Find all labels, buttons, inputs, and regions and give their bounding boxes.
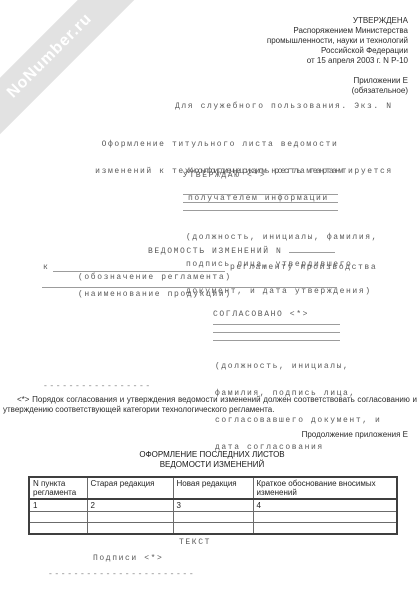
approval-stamp-line: Российской Федерации xyxy=(267,46,408,56)
approval-stamp-line: УТВЕРЖДЕНА xyxy=(267,16,408,26)
table-header-cell: Краткое обоснование вносимых изменений xyxy=(253,477,397,499)
approve-signature-line-2 xyxy=(183,202,338,203)
product-caption: (наименование продукции) xyxy=(78,290,232,299)
table-cell xyxy=(253,512,397,523)
section-title: ОФОРМЛЕНИЕ ПОСЛЕДНИХ ЛИСТОВ ВЕДОМОСТИ ИЗ… xyxy=(28,450,396,470)
table-cell xyxy=(87,512,173,523)
designation-caption: (обозначение регламента) xyxy=(78,273,232,282)
approval-stamp-line: от 15 апреля 2003 г. N Р-10 xyxy=(267,56,408,66)
footnote-separator: ----------------- xyxy=(43,382,152,391)
approve-caption-line1: (должность, инициалы, фамилия, xyxy=(186,233,378,242)
changes-table: N пункта регламента Старая редакция Нова… xyxy=(28,476,398,535)
appendix-label: Приложении Е xyxy=(267,76,408,86)
table-cell xyxy=(173,512,253,523)
product-name-blank xyxy=(42,287,337,288)
table-row xyxy=(29,512,397,523)
agreed-heading: СОГЛАСОВАНО <*> xyxy=(213,310,309,319)
table-header-cell: N пункта регламента xyxy=(29,477,87,499)
regulation-designation-blank xyxy=(53,271,225,272)
approve-heading: УТВЕРЖДАЮ <*> xyxy=(183,171,266,180)
table-cell: 3 xyxy=(173,499,253,512)
approve-signature-line-3 xyxy=(183,210,338,211)
table-header-cell: Старая редакция xyxy=(87,477,173,499)
agreed-caption-line3: согласовавшего документ, и xyxy=(215,416,381,425)
approval-stamp-line: Распоряжением Министерства xyxy=(267,26,408,36)
approval-stamp-block: УТВЕРЖДЕНА Распоряжением Министерства пр… xyxy=(267,16,408,96)
approval-stamp-line: промышленности, науки и технологий xyxy=(267,36,408,46)
section-title-line2: ВЕДОМОСТИ ИЗМЕНЕНИЙ xyxy=(28,460,396,470)
appendix-note: (обязательное) xyxy=(267,86,408,96)
table-cell: 2 xyxy=(87,499,173,512)
table-header-row: N пункта регламента Старая редакция Нова… xyxy=(29,477,397,499)
table-cell xyxy=(253,523,397,535)
agreed-caption-line1: (должность, инициалы, xyxy=(215,362,381,371)
statement-number-blank xyxy=(289,244,335,253)
approve-signature-line-1 xyxy=(183,194,338,195)
section-title-line1: ОФОРМЛЕНИЕ ПОСЛЕДНИХ ЛИСТОВ xyxy=(28,450,396,460)
table-row: 1 2 3 4 xyxy=(29,499,397,512)
footnote-text: <*> Порядок согласования и утверждения в… xyxy=(3,395,417,415)
table-cell: 4 xyxy=(253,499,397,512)
signatures-label: Подписи <*> xyxy=(93,554,163,563)
table-cell: 1 xyxy=(29,499,87,512)
table-cell xyxy=(29,523,87,535)
text-label: ТЕКСТ xyxy=(179,538,211,547)
continuation-label: Продолжение приложения Е xyxy=(302,430,408,440)
agreed-signature-line-3 xyxy=(213,340,340,341)
table-header-cell: Новая редакция xyxy=(173,477,253,499)
form-title-line1: Оформление титульного листа ведомости xyxy=(85,140,355,149)
agreed-signature-line-2 xyxy=(213,332,340,333)
watermark-text: NoNumber.ru xyxy=(4,10,96,102)
service-use-line: Для служебного пользования. Экз. N xyxy=(175,102,393,111)
table-row xyxy=(29,523,397,535)
regulation-to-prefix: к xyxy=(43,263,49,272)
bottom-separator: ----------------------- xyxy=(48,570,195,579)
table-cell xyxy=(87,523,173,535)
document-page: NoNumber.ru УТВЕРЖДЕНА Распоряжением Мин… xyxy=(0,0,420,600)
statement-number-heading: ВЕДОМОСТЬ ИЗМЕНЕНИЙ N xyxy=(148,244,335,256)
regulation-to-suffix: регламенту производства xyxy=(230,263,377,272)
table-cell xyxy=(29,512,87,523)
table-cell xyxy=(173,523,253,535)
agreed-signature-line-1 xyxy=(213,324,340,325)
